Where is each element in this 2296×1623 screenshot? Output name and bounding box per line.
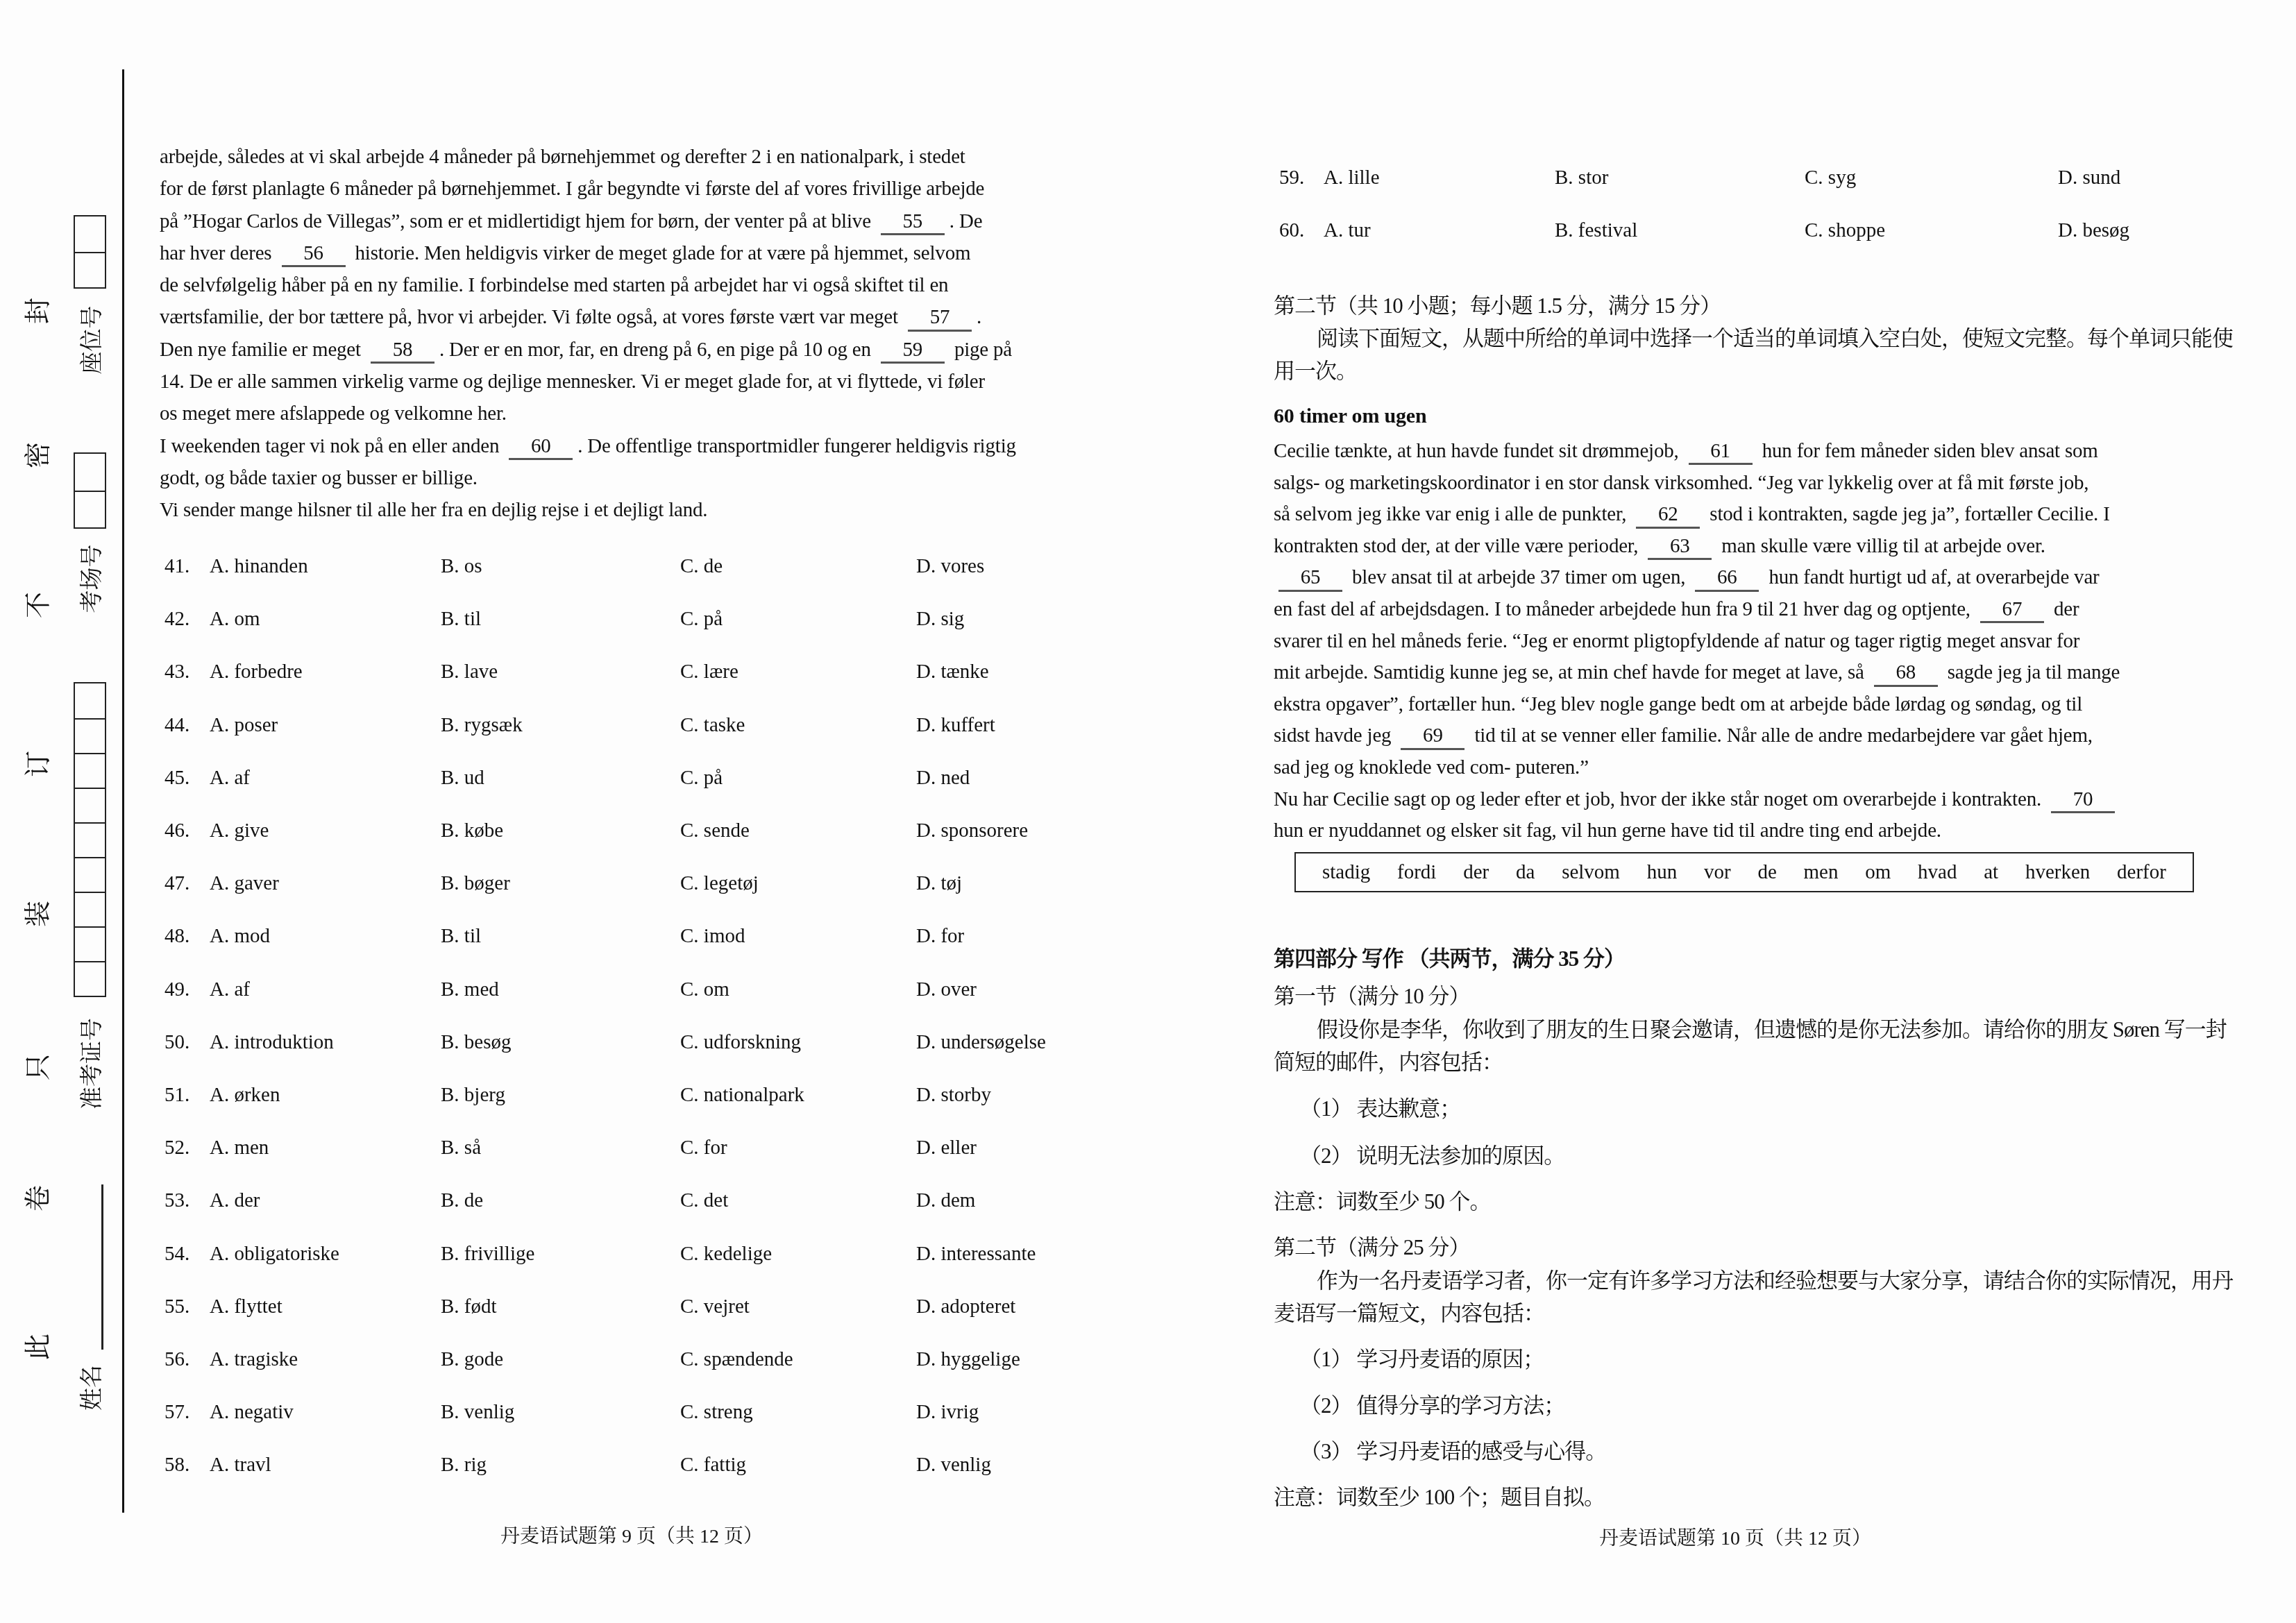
name-label: 姓名 — [74, 1365, 106, 1411]
page9-footer: 丹麦语试题第 9 页（共 12 页） — [354, 1521, 909, 1549]
page10-cloze-line-6: en fast del af arbejdsdagen. I to månede… — [1274, 594, 2120, 626]
option-c: C. udforskning — [680, 1031, 801, 1054]
ticket-number-grid-cell-6 — [75, 857, 105, 892]
question-number: 47. — [164, 872, 189, 895]
option-c: C. imod — [680, 925, 745, 948]
seal-char-3: 不 — [24, 591, 52, 619]
section2-instruction-line2: 用一次。 — [1274, 353, 1357, 384]
writing-section1-intro-line2: 简短的邮件，内容包括： — [1274, 1044, 1503, 1076]
question-number: 56. — [164, 1348, 189, 1371]
option-d: D. ivrig — [916, 1401, 979, 1424]
option-c: C. vejret — [680, 1295, 750, 1318]
page10-cloze-passage: Cecilie tænkte, at hun havde fundet sit … — [1274, 436, 2120, 847]
option-c: C. streng — [680, 1401, 753, 1424]
page9-question-row-55: 55.A. flyttetB. fødtC. vejretD. adoptere… — [160, 1295, 1131, 1323]
seat-number-grid-cell-1 — [75, 216, 105, 252]
page9-question-row-48: 48.A. modB. tilC. imodD. for — [160, 925, 1131, 953]
option-a: A. introduktion — [210, 1031, 334, 1054]
option-d: D. sponsorere — [916, 819, 1028, 842]
option-d: D. eller — [916, 1137, 977, 1159]
page9-passage-line-7: Den nye familie er meget 58. Der er en m… — [160, 334, 1016, 366]
word-bank-box: stadigfordiderdaselvomhunvordemenomhvada… — [1294, 852, 2194, 892]
word-bank-word-6: hun — [1647, 861, 1678, 884]
ticket-number-grid-cell-4 — [75, 788, 105, 822]
page9-passage-line-11: godt, og både taxier og busser er billig… — [160, 462, 1016, 494]
option-a: A. give — [210, 819, 269, 842]
option-a: A. poser — [210, 714, 278, 737]
option-a: A. af — [210, 767, 250, 790]
seal-char-6: 只 — [24, 1053, 52, 1081]
word-bank-word-9: men — [1804, 861, 1839, 884]
page10-cloze-line-8: mit arbejde. Samtidig kunne jeg se, at m… — [1274, 657, 2120, 689]
page10-cloze-line-7: svarer til en hel måneds ferie. “Jeg er … — [1274, 626, 2120, 658]
page10-cloze-line-10: sidst havde jeg 69 tid til at se venner … — [1274, 720, 2120, 752]
cloze-blank-57: 57 — [908, 306, 972, 331]
word-bank-word-12: at — [1984, 861, 1998, 884]
option-b: B. bøger — [441, 872, 510, 895]
page10-question-row-60: 60.A. turB. festivalC. shoppeD. besøg — [1274, 219, 2271, 247]
seal-char-5: 装 — [24, 900, 52, 928]
writing-section2-title: 第二节（满分 25 分） — [1274, 1230, 1470, 1261]
page10-cloze-line-12: Nu har Cecilie sagt op og leder efter et… — [1274, 784, 2120, 816]
option-a: A. tur — [1324, 219, 1371, 242]
section2-instruction-line1: 阅读下面短文，从题中所给的单词中选择一个适当的单词填入空白处，使短文完整。每个单… — [1317, 321, 2233, 352]
option-c: C. spændende — [680, 1348, 793, 1371]
writing-section1-item-2: （2） 说明无法参加的原因。 — [1300, 1138, 1564, 1169]
cloze-blank-70: 70 — [2051, 788, 2115, 813]
page10-cloze-line-4: kontrakten stod der, at der ville være p… — [1274, 531, 2120, 563]
ticket-number-grid-cell-5 — [75, 822, 105, 857]
page9-question-row-57: 57.A. negativB. venligC. strengD. ivrig — [160, 1401, 1131, 1429]
option-a: A. travl — [210, 1454, 271, 1477]
option-c: C. lære — [680, 661, 738, 683]
question-number: 49. — [164, 978, 189, 1001]
option-c: C. de — [680, 555, 723, 578]
name-blank-line — [101, 1184, 103, 1350]
room-number-grid — [74, 452, 106, 529]
question-number: 54. — [164, 1243, 189, 1266]
option-c: C. sende — [680, 819, 750, 842]
writing-section2-note: 注意：词数至少 100 个；题目自拟。 — [1274, 1479, 1605, 1511]
seal-char-7: 卷 — [24, 1184, 52, 1212]
page9-question-row-58: 58.A. travlB. rigC. fattigD. venlig — [160, 1454, 1131, 1481]
writing-section2-item-3: （3） 学习丹麦语的感受与心得。 — [1300, 1434, 1606, 1465]
page9-question-row-56: 56.A. tragiskeB. godeC. spændendeD. hygg… — [160, 1348, 1131, 1376]
seal-line-rule — [122, 69, 124, 1513]
page9-passage-line-3: på ”Hogar Carlos de Villegas”, som er et… — [160, 205, 1016, 237]
option-b: B. de — [441, 1189, 483, 1212]
option-d: D. besøg — [2058, 219, 2129, 242]
question-number: 50. — [164, 1031, 189, 1054]
ticket-number-label: 准考证号 — [74, 1018, 106, 1110]
word-bank-word-4: da — [1516, 861, 1535, 884]
option-d: D. hyggelige — [916, 1348, 1020, 1371]
option-a: A. mod — [210, 925, 270, 948]
word-bank-word-10: om — [1865, 861, 1891, 884]
part4-title: 第四部分 写作 （共两节，满分 35 分） — [1274, 941, 1625, 972]
option-a: A. hinanden — [210, 555, 308, 578]
question-number: 55. — [164, 1295, 189, 1318]
page9-question-row-46: 46.A. giveB. købeC. sendeD. sponsorere — [160, 819, 1131, 847]
question-number: 42. — [164, 608, 189, 631]
question-number: 45. — [164, 767, 189, 790]
page10-cloze-line-1: Cecilie tænkte, at hun havde fundet sit … — [1274, 436, 2120, 468]
option-a: A. lille — [1324, 167, 1380, 189]
page10-cloze-line-2: salgs- og marketingskoordinator i en sto… — [1274, 468, 2120, 500]
option-d: D. undersøgelse — [916, 1031, 1046, 1054]
page9-cloze-passage: arbejde, således at vi skal arbejde 4 må… — [160, 141, 1016, 527]
option-c: C. på — [680, 608, 723, 631]
writing-section2-item-1: （1） 学习丹麦语的原因； — [1300, 1341, 1544, 1373]
cloze-blank-65: 65 — [1278, 566, 1342, 591]
ticket-number-grid-cell-8 — [75, 926, 105, 961]
option-b: B. bjerg — [441, 1084, 505, 1107]
option-a: A. men — [210, 1137, 269, 1159]
option-b: B. venlig — [441, 1401, 514, 1424]
question-number: 59. — [1279, 167, 1304, 189]
page9-passage-line-6: værtsfamilie, der bor tættere på, hvor v… — [160, 301, 1016, 333]
cloze-blank-69: 69 — [1401, 724, 1464, 749]
option-d: D. tænke — [916, 661, 989, 683]
option-d: D. sund — [2058, 167, 2120, 189]
cloze-blank-62: 62 — [1636, 503, 1700, 528]
room-number-label: 考场号 — [74, 545, 106, 613]
option-c: C. kedelige — [680, 1243, 772, 1266]
writing-section1-title: 第一节（满分 10 分） — [1274, 978, 1470, 1010]
option-c: C. for — [680, 1137, 727, 1159]
page9-passage-line-12: Vi sender mange hilsner til alle her fra… — [160, 494, 1016, 526]
word-bank-word-7: vor — [1704, 861, 1731, 884]
word-bank-word-3: der — [1463, 861, 1489, 884]
page9-question-row-45: 45.A. afB. udC. påD. ned — [160, 767, 1131, 794]
seal-char-4: 订 — [24, 750, 52, 778]
question-number: 60. — [1279, 219, 1304, 242]
word-bank-word-1: stadig — [1322, 861, 1370, 884]
seat-number-grid-cell-2 — [75, 252, 105, 287]
cloze-blank-59: 59 — [881, 339, 945, 364]
option-b: B. rygsæk — [441, 714, 523, 737]
page10-footer: 丹麦语试题第 10 页（共 12 页） — [1458, 1523, 2013, 1551]
seal-char-8: 此 — [24, 1333, 52, 1361]
page9-question-row-42: 42.A. omB. tilC. påD. sig — [160, 608, 1131, 636]
option-a: A. om — [210, 608, 260, 631]
cloze-blank-58: 58 — [371, 339, 434, 364]
page9-question-row-50: 50.A. introduktionB. besøgC. udforskning… — [160, 1031, 1131, 1059]
page9-passage-line-10: I weekenden tager vi nok på en eller and… — [160, 430, 1016, 462]
question-number: 48. — [164, 925, 189, 948]
word-bank-word-11: hvad — [1918, 861, 1957, 884]
option-a: A. obligatoriske — [210, 1243, 339, 1266]
cloze-blank-67: 67 — [1980, 598, 2044, 623]
page10-cloze-line-11: sad jeg og knoklede ved com- puteren.” — [1274, 752, 2120, 784]
option-b: B. rig — [441, 1454, 487, 1477]
option-a: A. af — [210, 978, 250, 1001]
cloze-blank-60: 60 — [509, 435, 573, 460]
page9-passage-line-4: har hver deres 56 historie. Men heldigvi… — [160, 237, 1016, 269]
cloze-blank-68: 68 — [1874, 661, 1938, 686]
option-b: B. os — [441, 555, 482, 578]
cloze-blank-66: 66 — [1695, 566, 1759, 591]
page9-question-row-51: 51.A. ørkenB. bjergC. nationalparkD. sto… — [160, 1084, 1131, 1112]
ticket-number-grid-cell-2 — [75, 718, 105, 753]
cloze-blank-61: 61 — [1689, 440, 1753, 465]
page10-cloze-line-9: ekstra opgaver”, fortæller hun. “Jeg ble… — [1274, 689, 2120, 721]
option-b: B. købe — [441, 819, 503, 842]
ticket-number-grid — [74, 682, 106, 997]
option-b: B. stor — [1555, 167, 1608, 189]
room-number-grid-cell-1 — [75, 454, 105, 491]
page10-question-row-59: 59.A. lilleB. storC. sygD. sund — [1274, 167, 2271, 194]
option-b: B. til — [441, 608, 481, 631]
option-b: B. gode — [441, 1348, 503, 1371]
option-b: B. festival — [1555, 219, 1637, 242]
word-bank-word-14: derfor — [2117, 861, 2166, 884]
writing-section2-item-2: （2） 值得分享的学习方法； — [1300, 1388, 1564, 1419]
writing-section1-intro-line1: 假设你是李华，你收到了朋友的生日聚会邀请，但遗憾的是你无法参加。请给你的朋友 S… — [1317, 1012, 2227, 1043]
option-b: B. født — [441, 1295, 497, 1318]
page9-passage-line-8: 14. De er alle sammen virkelig varme og … — [160, 366, 1016, 398]
option-a: A. der — [210, 1189, 260, 1212]
section2-title: 第二节（共 10 小题；每小题 1.5 分，满分 15 分） — [1274, 288, 1721, 319]
seal-char-2: 密 — [24, 441, 52, 469]
option-a: A. flyttet — [210, 1295, 282, 1318]
word-bank-word-2: fordi — [1397, 861, 1436, 884]
option-d: D. interessante — [916, 1243, 1036, 1266]
option-b: B. til — [441, 925, 481, 948]
ticket-number-grid-cell-7 — [75, 892, 105, 926]
question-number: 43. — [164, 661, 189, 683]
seal-char-1: 封 — [24, 297, 52, 325]
option-d: D. ned — [916, 767, 970, 790]
page9-question-row-54: 54.A. obligatoriskeB. frivilligeC. kedel… — [160, 1243, 1131, 1271]
word-bank-word-5: selvom — [1562, 861, 1620, 884]
option-d: D. sig — [916, 608, 964, 631]
page9-question-row-49: 49.A. afB. medC. omD. over — [160, 978, 1131, 1006]
option-a: A. tragiske — [210, 1348, 298, 1371]
option-b: B. besøg — [441, 1031, 512, 1054]
page9-passage-line-5: de selvfølgelig håber på en ny familie. … — [160, 269, 1016, 301]
exam-paper-spread: 封密不订装只卷此 座位号 考场号 准考证号 姓名 arbejde, sålede… — [0, 0, 2296, 1623]
question-number: 53. — [164, 1189, 189, 1212]
option-b: B. frivillige — [441, 1243, 534, 1266]
cloze-blank-55: 55 — [881, 210, 945, 235]
option-a: A. ørken — [210, 1084, 280, 1107]
page9-question-row-53: 53.A. derB. deC. detD. dem — [160, 1189, 1131, 1217]
option-c: C. nationalpark — [680, 1084, 804, 1107]
option-a: A. negativ — [210, 1401, 294, 1424]
option-c: C. på — [680, 767, 723, 790]
option-d: D. adopteret — [916, 1295, 1015, 1318]
question-number: 52. — [164, 1137, 189, 1159]
option-c: C. syg — [1805, 167, 1856, 189]
option-b: B. lave — [441, 661, 498, 683]
option-d: D. over — [916, 978, 977, 1001]
cloze-blank-63: 63 — [1648, 535, 1712, 560]
option-d: D. storby — [916, 1084, 991, 1107]
writing-section2-intro-line1: 作为一名丹麦语学习者，你一定有许多学习方法和经验想要与大家分享，请结合你的实际情… — [1317, 1263, 2233, 1294]
page10-cloze-line-13: hun er nyuddannet og elsker sit fag, vil… — [1274, 815, 2120, 847]
cloze-blank-56: 56 — [282, 242, 346, 267]
option-b: B. med — [441, 978, 499, 1001]
option-c: C. shoppe — [1805, 219, 1885, 242]
room-number-grid-cell-2 — [75, 491, 105, 527]
option-c: C. det — [680, 1189, 728, 1212]
option-d: D. tøj — [916, 872, 962, 895]
option-c: C. taske — [680, 714, 745, 737]
option-d: D. venlig — [916, 1454, 991, 1477]
page10-cloze-line-3: så selvom jeg ikke var enig i alle de pu… — [1274, 499, 2120, 531]
writing-section1-note: 注意：词数至少 50 个。 — [1274, 1184, 1491, 1215]
question-number: 57. — [164, 1401, 189, 1424]
question-number: 41. — [164, 555, 189, 578]
writing-section1-item-1: （1） 表达歉意； — [1300, 1091, 1460, 1122]
ticket-number-grid-cell-9 — [75, 961, 105, 996]
word-bank-word-8: de — [1757, 861, 1776, 884]
question-number: 46. — [164, 819, 189, 842]
seat-number-label: 座位号 — [74, 306, 106, 375]
page9-passage-line-1: arbejde, således at vi skal arbejde 4 må… — [160, 141, 1016, 173]
ticket-number-grid-cell-1 — [75, 683, 105, 718]
option-b: B. ud — [441, 767, 484, 790]
option-c: C. om — [680, 978, 729, 1001]
ticket-number-grid-cell-3 — [75, 753, 105, 788]
writing-section2-intro-line2: 麦语写一篇短文，内容包括： — [1274, 1295, 1544, 1327]
option-d: D. dem — [916, 1189, 975, 1212]
seat-number-grid — [74, 215, 106, 289]
page9-passage-line-2: for de først planlagte 6 måneder på børn… — [160, 173, 1016, 205]
option-c: C. fattig — [680, 1454, 746, 1477]
page9-passage-line-9: os meget mere afslappede og velkomne her… — [160, 398, 1016, 430]
option-d: D. for — [916, 925, 964, 948]
page9-question-row-52: 52.A. menB. såC. forD. eller — [160, 1137, 1131, 1164]
option-d: D. vores — [916, 555, 984, 578]
option-a: A. gaver — [210, 872, 279, 895]
option-a: A. forbedre — [210, 661, 303, 683]
page9-question-row-47: 47.A. gaverB. bøgerC. legetøjD. tøj — [160, 872, 1131, 900]
option-c: C. legetøj — [680, 872, 759, 895]
cloze-text-title: 60 timer om ugen — [1274, 405, 1426, 428]
page10-cloze-line-5: 65 blev ansat til at arbejde 37 timer om… — [1274, 562, 2120, 594]
page9-question-row-41: 41.A. hinandenB. osC. deD. vores — [160, 555, 1131, 583]
word-bank-word-13: hverken — [2025, 861, 2090, 884]
page9-question-row-43: 43.A. forbedreB. laveC. læreD. tænke — [160, 661, 1131, 688]
option-b: B. så — [441, 1137, 481, 1159]
page9-question-row-44: 44.A. poserB. rygsækC. taskeD. kuffert — [160, 714, 1131, 742]
question-number: 44. — [164, 714, 189, 737]
option-d: D. kuffert — [916, 714, 995, 737]
question-number: 58. — [164, 1454, 189, 1477]
question-number: 51. — [164, 1084, 189, 1107]
